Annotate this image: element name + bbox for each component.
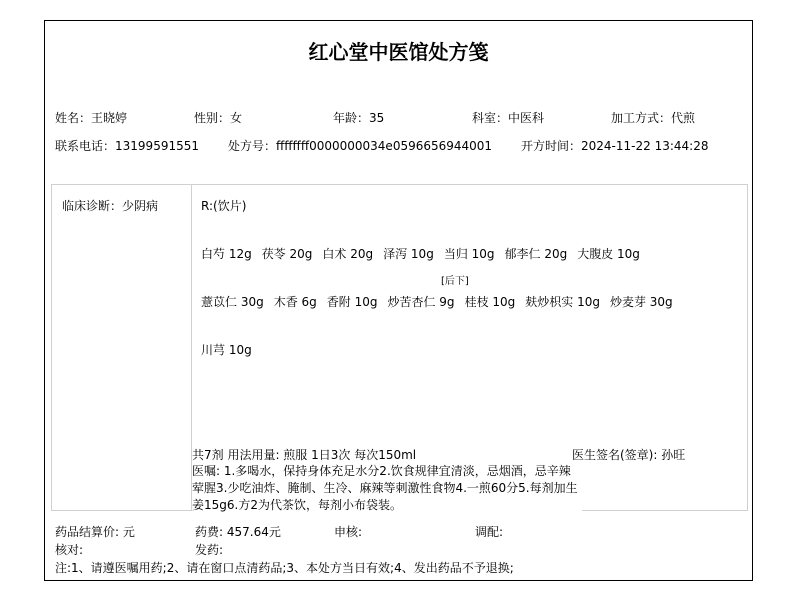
rx-header: R:(饮片)	[201, 197, 246, 214]
doctor-name: 孙旺	[661, 448, 685, 462]
herb-item: 茯苓 20g	[262, 247, 313, 261]
gender-value: 女	[230, 111, 242, 125]
phone-value: 13199591551	[115, 139, 199, 153]
herb-item: 当归 10g	[444, 247, 495, 261]
herb-item: 郁李仁 20g	[505, 247, 568, 261]
time-label: 开方时间：	[521, 139, 581, 153]
process-value: 代煎	[671, 111, 695, 125]
diagnosis-value: 少阴病	[122, 199, 158, 213]
gender-label: 性别：	[194, 111, 230, 125]
herb-item: 薏苡仁 30g	[201, 295, 264, 309]
dept-label: 科室：	[472, 111, 508, 125]
patient-age: 年龄：35	[333, 109, 384, 126]
process-method: 加工方式：代煎	[611, 109, 695, 126]
department: 科室：中医科	[472, 109, 544, 126]
herb-item: 大腹皮 10g	[577, 247, 640, 261]
time-value: 2024-11-22 13:44:28	[581, 139, 708, 153]
prescription-number: 处方号：ffffffff0000000034e0596656944001	[228, 137, 492, 154]
post-decoction-note: [后下]	[441, 272, 469, 287]
herb-item: 泽泻 10g	[383, 247, 434, 261]
diagnosis-label: 临床诊断：	[62, 199, 122, 213]
phone-label: 联系电话：	[55, 139, 115, 153]
clinical-diagnosis: 临床诊断：少阴病	[62, 197, 158, 214]
rx-no-value: ffffffff0000000034e0596656944001	[276, 139, 492, 153]
review-field: 申核:	[334, 523, 362, 540]
patient-gender: 性别：女	[194, 109, 242, 126]
herb-row-3: 川芎 10g	[201, 341, 262, 358]
herb-item: 白术 20g	[322, 247, 373, 261]
usage-dosage: 共7剂 用法用量: 煎服 1日3次 每次150ml	[192, 446, 416, 463]
doctor-signature: 医生签名(签章): 孙旺	[572, 446, 685, 463]
patient-phone: 联系电话：13199591551	[55, 137, 199, 154]
dept-value: 中医科	[508, 111, 544, 125]
herb-item: 川芎 10g	[201, 343, 252, 357]
footer-notice: 注:1、请遵医嘱用药;2、请在窗口点清药品;3、本处方当日有效;4、发出药品不予…	[55, 559, 514, 576]
medical-advice: 医嘱: 1.多喝水，保持身体充足水分2.饮食规律宜清淡，忌烟酒，忌辛辣荤腥3.少…	[192, 463, 582, 514]
herb-item: 麸炒枳实 10g	[525, 295, 600, 309]
check-field: 核对:	[55, 541, 83, 558]
dispense-field: 调配:	[475, 523, 503, 540]
fee-label: 药费:	[195, 525, 227, 539]
name-label: 姓名：	[55, 111, 91, 125]
prescribe-time: 开方时间：2024-11-22 13:44:28	[521, 137, 708, 154]
herb-item: 炒苦杏仁 9g	[387, 295, 454, 309]
rx-no-label: 处方号：	[228, 139, 276, 153]
drug-fee: 药费: 457.64元	[195, 523, 281, 540]
herb-item: 桂枝 10g	[465, 295, 516, 309]
herb-item: 白芍 12g	[201, 247, 252, 261]
issue-field: 发药:	[195, 541, 223, 558]
fee-value: 457.64元	[227, 525, 281, 539]
herb-row-1: 白芍 12g茯苓 20g白术 20g泽泻 10g当归 10g郁李仁 20g大腹皮…	[201, 245, 650, 262]
herb-item: 木香 6g	[274, 295, 317, 309]
name-value: 王晓婷	[91, 111, 127, 125]
herb-item: 香附 10g	[327, 295, 378, 309]
settlement-price: 药品结算价: 元	[55, 523, 135, 540]
herb-row-2: 薏苡仁 30g木香 6g香附 10g炒苦杏仁 9g桂枝 10g麸炒枳实 10g炒…	[201, 293, 683, 310]
patient-name: 姓名：王晓婷	[55, 109, 127, 126]
age-value: 35	[369, 111, 384, 125]
page-title: 红心堂中医馆处方笺	[44, 36, 753, 65]
process-label: 加工方式：	[611, 111, 671, 125]
age-label: 年龄：	[333, 111, 369, 125]
doctor-label: 医生签名(签章):	[572, 448, 661, 462]
herb-item: 炒麦芽 30g	[610, 295, 673, 309]
